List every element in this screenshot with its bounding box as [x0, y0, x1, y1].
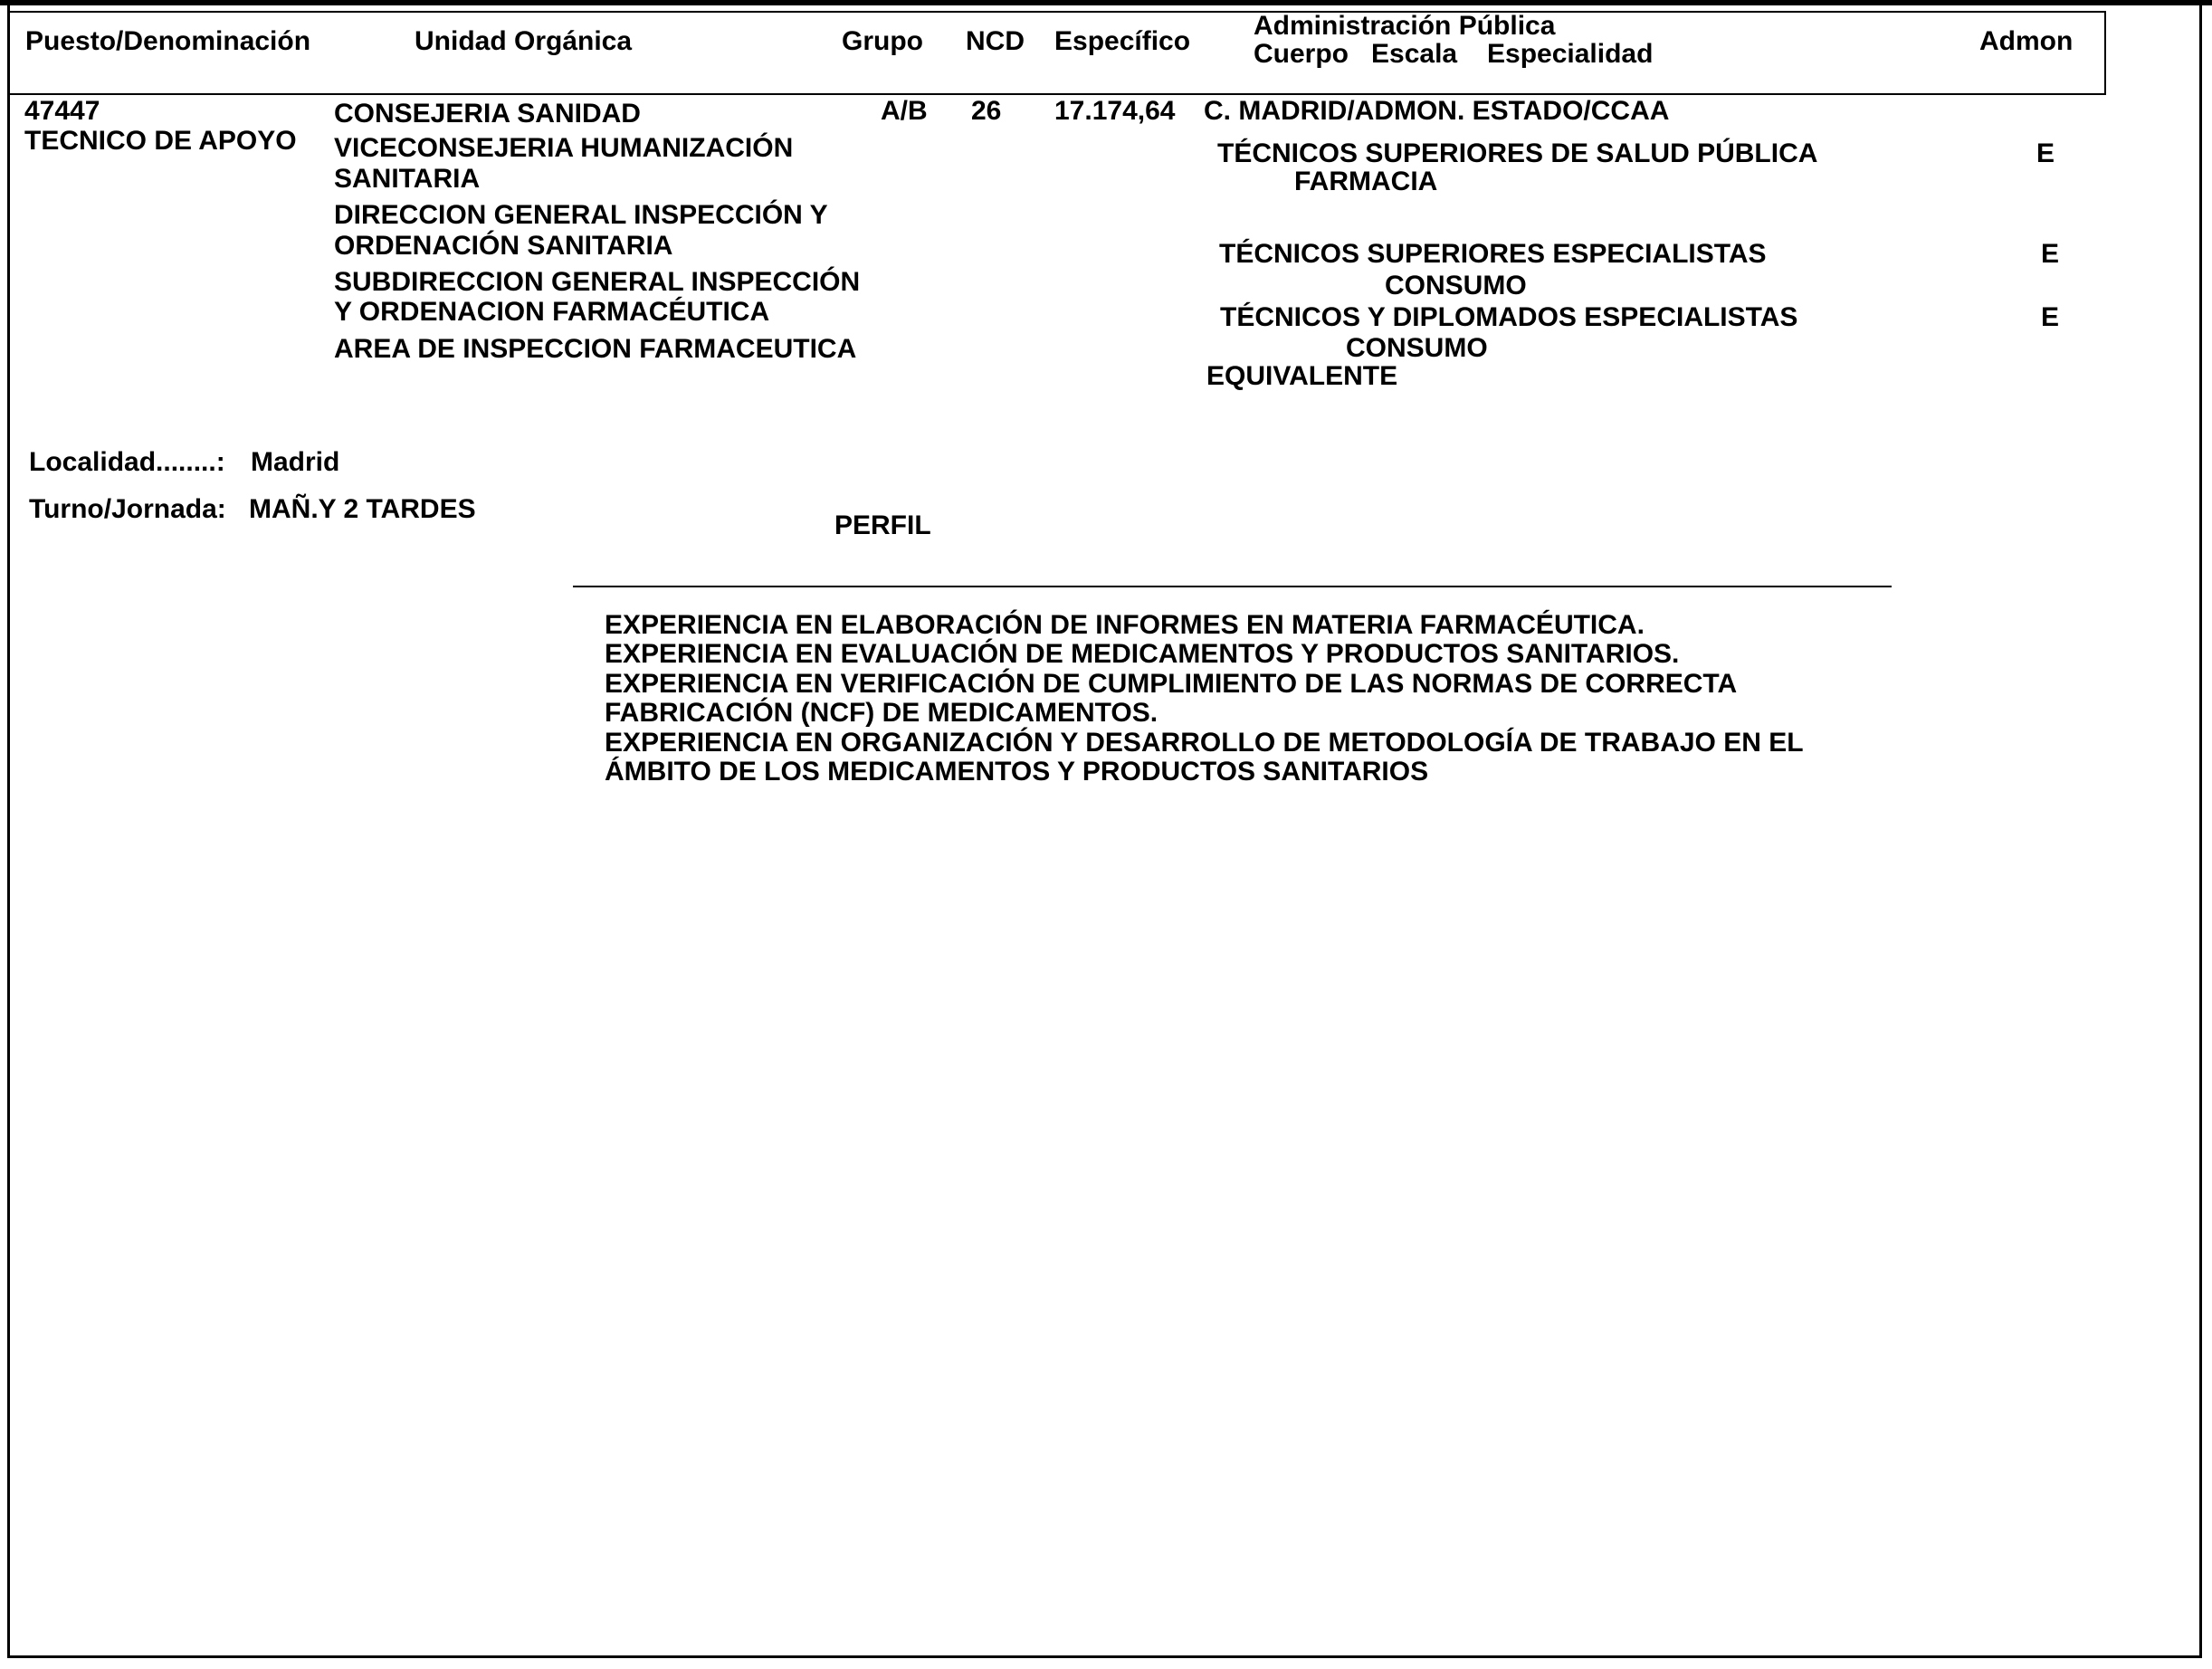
row-ncd-value: 26: [971, 98, 1001, 125]
row-admin-publica-value: C. MADRID/ADMON. ESTADO/CCAA: [1204, 98, 1669, 125]
cuerpo-3-line-1: TÉCNICOS Y DIPLOMADOS ESPECIALISTAS: [1220, 304, 1797, 331]
document-page: Puesto/Denominación Unidad Orgánica Grup…: [0, 0, 2212, 1669]
unidad-organica-line: CONSEJERIA SANIDAD: [334, 100, 641, 128]
page-border-top: [0, 0, 2212, 5]
unidad-organica-line: VICECONSEJERIA HUMANIZACIÓN: [334, 135, 793, 162]
cuerpo-2-line-2: CONSUMO: [1385, 272, 1527, 300]
unidad-organica-line: DIRECCION GENERAL INSPECCIÓN Y: [334, 202, 828, 229]
page-border-left: [7, 5, 10, 1658]
unidad-organica-line: AREA DE INSPECCION FARMACEUTICA: [334, 336, 856, 363]
perfil-line: FABRICACIÓN (NCF) DE MEDICAMENTOS.: [605, 700, 1158, 727]
col-header-escala: Escala: [1371, 41, 1457, 68]
turno-jornada-label: Turno/Jornada:: [29, 496, 226, 523]
cuerpo-3-line-2: CONSUMO: [1346, 335, 1488, 362]
cuerpo-equivalente: EQUIVALENTE: [1206, 363, 1397, 390]
perfil-divider-line: [573, 586, 1892, 587]
perfil-line: ÁMBITO DE LOS MEDICAMENTOS Y PRODUCTOS S…: [605, 758, 1428, 786]
page-border-bottom: [7, 1655, 2202, 1658]
col-header-puesto: Puesto/Denominación: [25, 28, 310, 55]
localidad-value: Madrid: [251, 449, 339, 476]
col-header-admon: Admon: [1979, 28, 2073, 55]
unidad-organica-line: SANITARIA: [334, 166, 480, 193]
col-header-especialidad: Especialidad: [1487, 41, 1653, 68]
cuerpo-2-line-1: TÉCNICOS SUPERIORES ESPECIALISTAS: [1219, 241, 1767, 268]
unidad-organica-line: Y ORDENACION FARMACÉUTICA: [334, 299, 769, 326]
row-especifico-value: 17.174,64: [1054, 98, 1175, 125]
cuerpo-1-admon-value: E: [2036, 140, 2055, 167]
col-header-ncd: NCD: [966, 28, 1025, 55]
col-header-unidad-organica: Unidad Orgánica: [415, 28, 632, 55]
perfil-title: PERFIL: [834, 512, 931, 539]
cuerpo-1-line-1: TÉCNICOS SUPERIORES DE SALUD PÚBLICA: [1217, 140, 1817, 167]
col-header-especifico: Específico: [1054, 28, 1190, 55]
perfil-line: EXPERIENCIA EN ELABORACIÓN DE INFORMES E…: [605, 612, 1645, 639]
unidad-organica-line: ORDENACIÓN SANITARIA: [334, 233, 672, 260]
row-codigo-puesto: 47447: [24, 98, 100, 125]
cuerpo-3-admon-value: E: [2041, 304, 2059, 331]
perfil-line: EXPERIENCIA EN EVALUACIÓN DE MEDICAMENTO…: [605, 641, 1679, 668]
row-grupo-value: A/B: [881, 98, 928, 125]
turno-jornada-value: MAÑ.Y 2 TARDES: [249, 496, 476, 523]
col-header-cuerpo: Cuerpo: [1254, 41, 1349, 68]
cuerpo-1-line-2: FARMACIA: [1294, 168, 1437, 196]
unidad-organica-line: SUBDIRECCION GENERAL INSPECCIÓN: [334, 269, 860, 296]
cuerpo-2-admon-value: E: [2041, 241, 2059, 268]
perfil-line: EXPERIENCIA EN ORGANIZACIÓN Y DESARROLLO…: [605, 730, 1804, 757]
col-header-administracion-publica: Administración Pública: [1254, 13, 1555, 40]
row-denominacion: TECNICO DE APOYO: [24, 128, 297, 155]
perfil-line: EXPERIENCIA EN VERIFICACIÓN DE CUMPLIMIE…: [605, 671, 1737, 698]
col-header-grupo: Grupo: [842, 28, 923, 55]
localidad-label: Localidad........:: [29, 449, 225, 476]
page-border-right: [2199, 5, 2202, 1658]
